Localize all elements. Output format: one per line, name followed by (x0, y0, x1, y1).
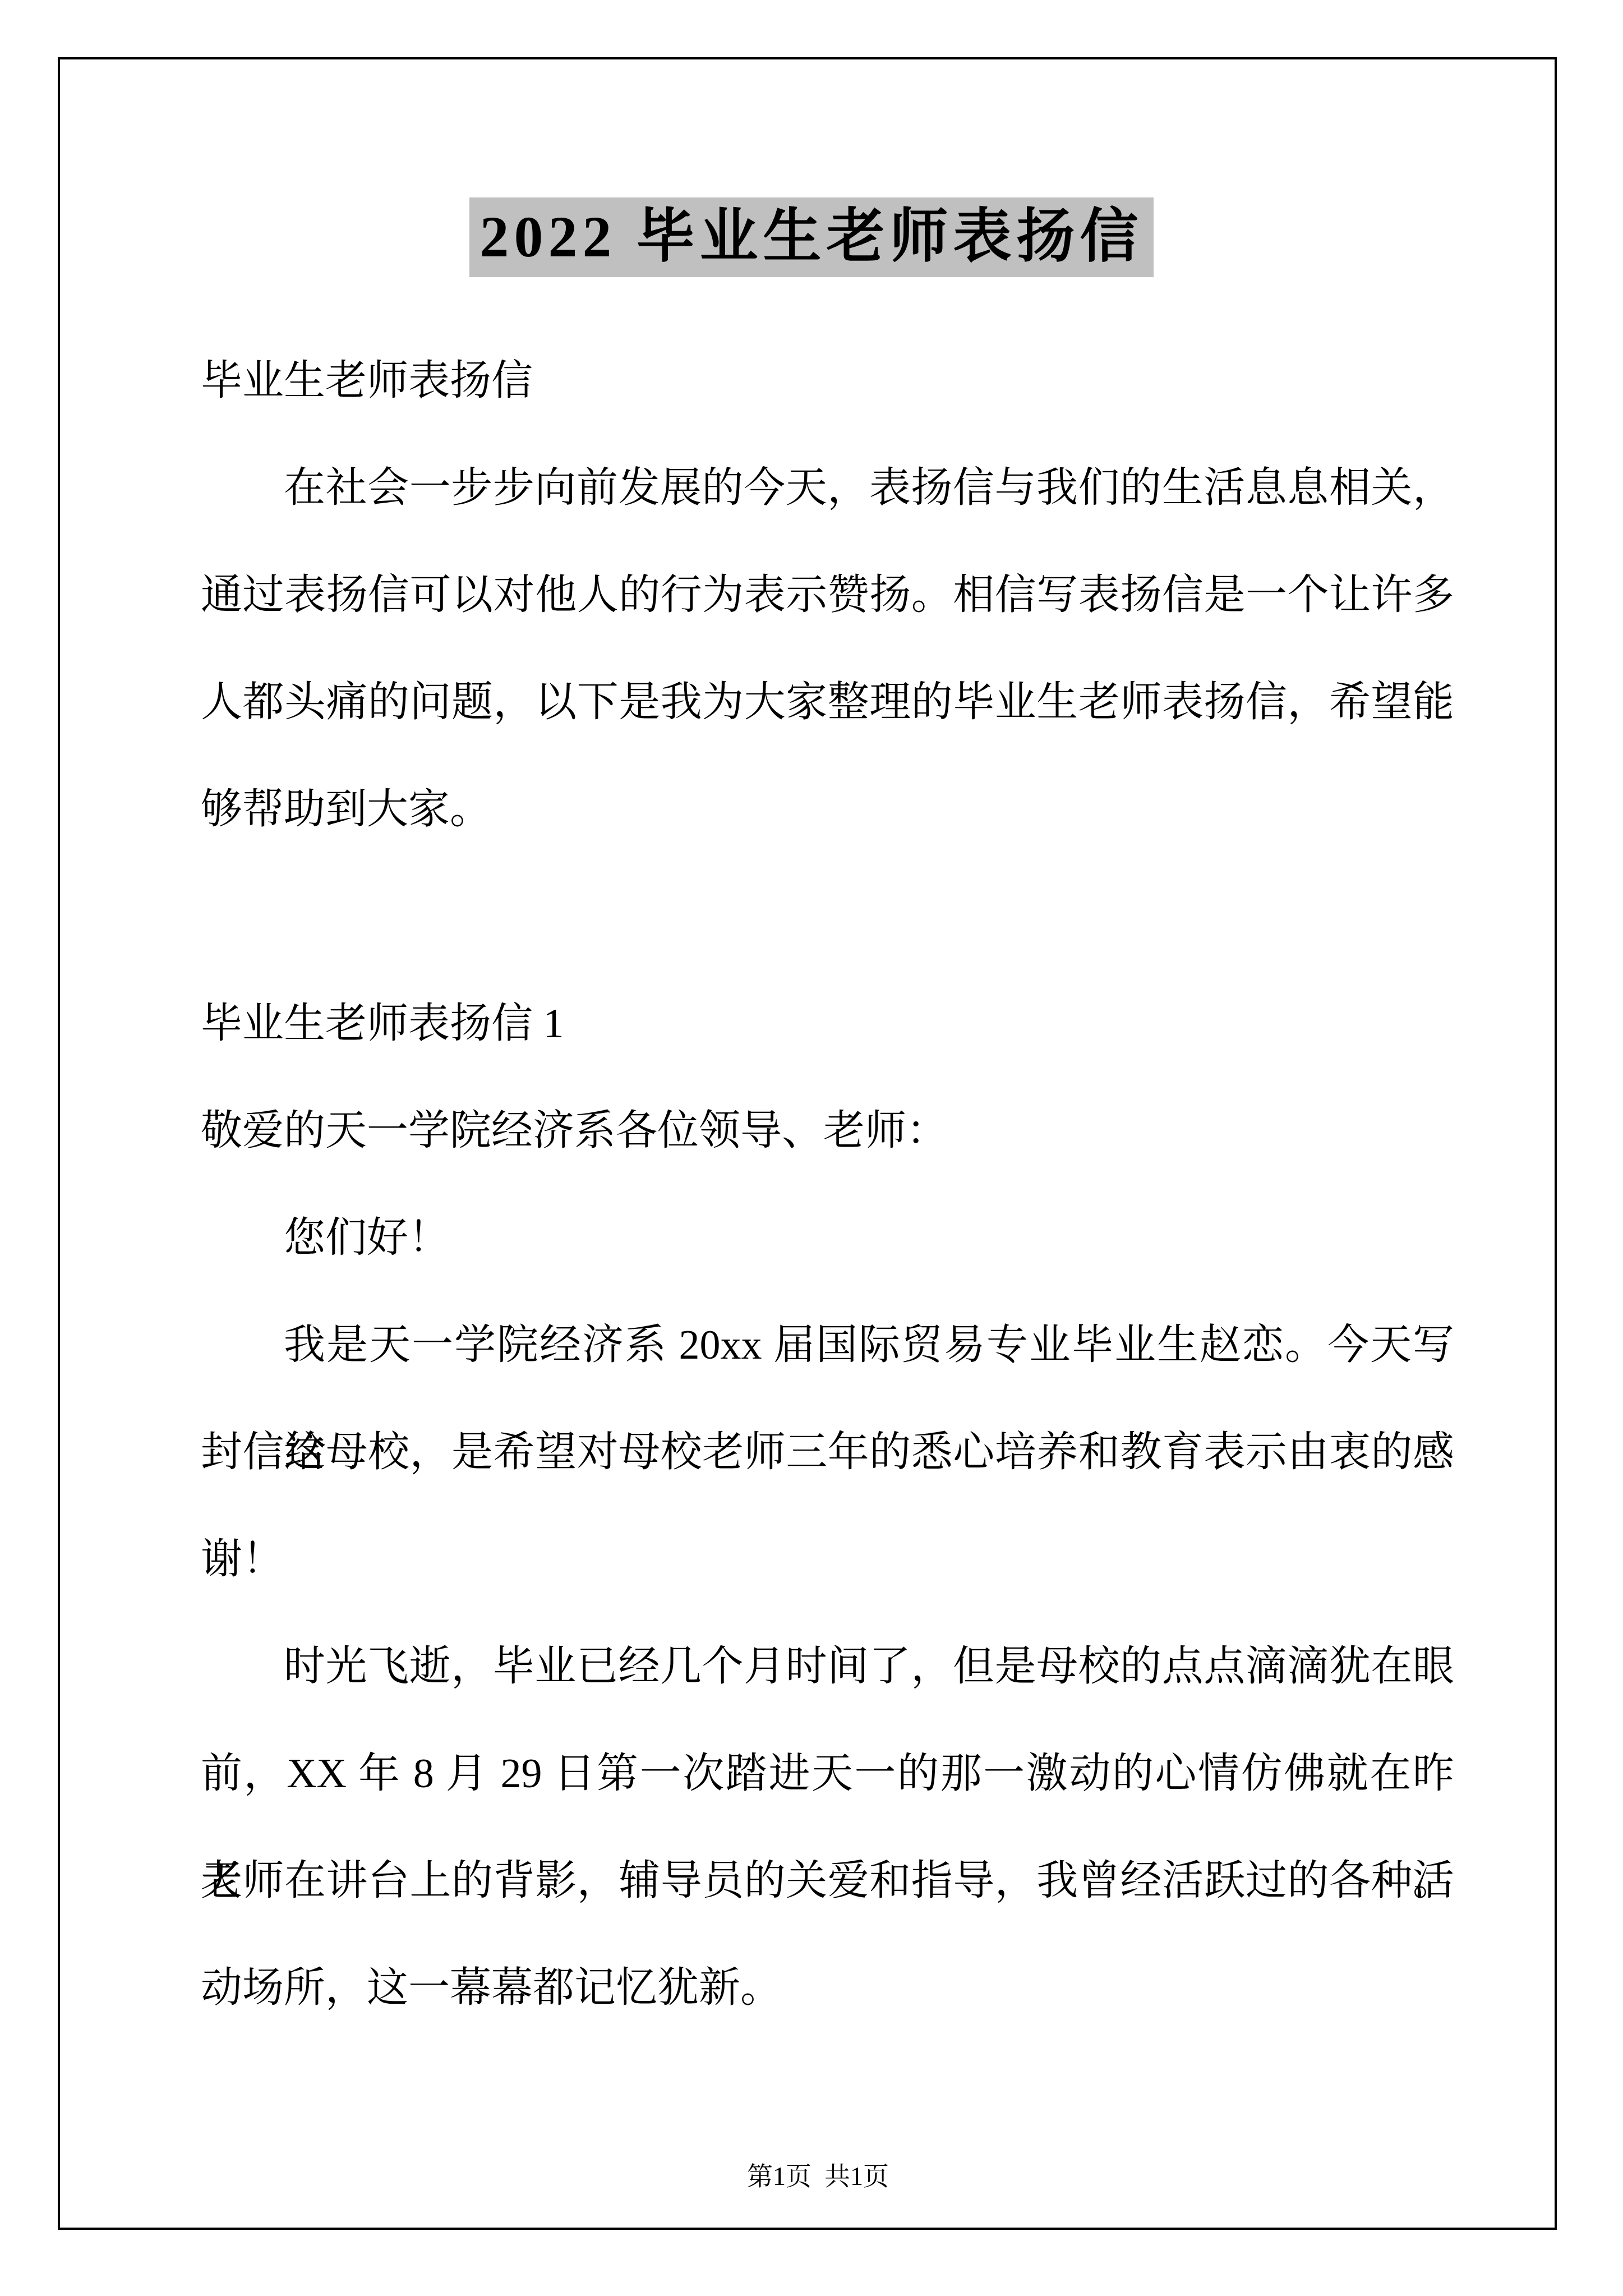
document-line: 毕业生老师表扬信 1 (201, 970, 1454, 1078)
document-line: 谢！ (201, 1506, 1454, 1613)
document-page: { "page": { "background_color": "#FFFFFF… (0, 0, 1623, 2296)
document-line: 在社会一步步向前发展的今天，表扬信与我们的生活息息相关， (201, 435, 1454, 542)
document-title-row: 2022 毕业生老师表扬信 (0, 197, 1623, 277)
document-line: 够帮助到大家。 (201, 756, 1454, 863)
page-footer: 第1页 共1页 (0, 2129, 1623, 2192)
document-line: 您们好！ (201, 1185, 1454, 1292)
document-line: 通过表扬信可以对他人的行为表示赞扬。相信写表扬信是一个让许多 (201, 542, 1454, 649)
document-line: 前，XX 年 8 月 29 日第一次踏进天一的那一激动的心情仿佛就在昨天。 (201, 1720, 1454, 1828)
document-line (201, 863, 1454, 970)
document-line: 封信给母校，是希望对母校老师三年的悉心培养和教育表示由衷的感 (201, 1399, 1454, 1506)
document-line: 时光飞逝，毕业已经几个月时间了，但是母校的点点滴滴犹在眼 (201, 1613, 1454, 1720)
document-line: 毕业生老师表扬信 (201, 328, 1454, 435)
document-body: 毕业生老师表扬信在社会一步步向前发展的今天，表扬信与我们的生活息息相关，通过表扬… (201, 328, 1454, 2042)
document-line: 人都头痛的问题，以下是我为大家整理的毕业生老师表扬信，希望能 (201, 649, 1454, 756)
page-number-indicator: 第1页 共1页 (747, 2162, 889, 2191)
document-line: 老师在讲台上的背影，辅导员的关爱和指导，我曾经活跃过的各种活 (201, 1828, 1454, 1935)
document-title: 2022 毕业生老师表扬信 (469, 197, 1153, 277)
document-line: 敬爱的天一学院经济系各位领导、老师： (201, 1078, 1454, 1185)
document-line: 动场所，这一幕幕都记忆犹新。 (201, 1935, 1454, 2042)
document-line: 我是天一学院经济系 20xx 届国际贸易专业毕业生赵恋。今天写这 (201, 1292, 1454, 1399)
